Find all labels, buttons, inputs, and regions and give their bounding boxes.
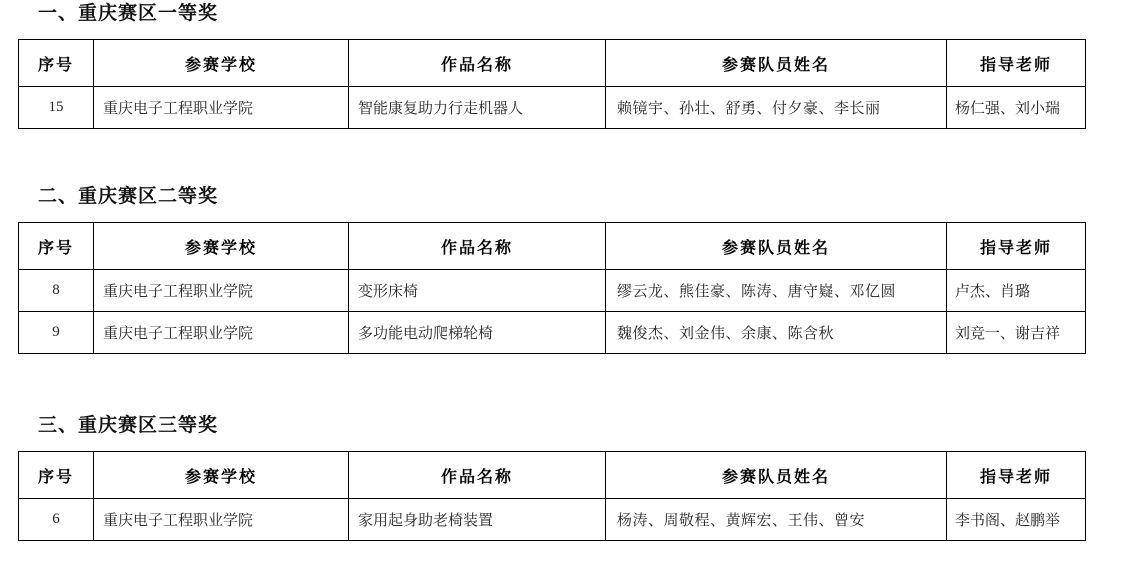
cell-teachers: 李书阁、赵鹏举 [947, 499, 1086, 541]
cell-school: 重庆电子工程职业学院 [94, 270, 349, 312]
cell-work: 智能康复助力行走机器人 [349, 87, 606, 129]
col-header-work: 作品名称 [349, 223, 606, 270]
section-title-third-prize: 三、重庆赛区三等奖 [38, 414, 1124, 438]
cell-school: 重庆电子工程职业学院 [94, 312, 349, 354]
col-header-members: 参赛队员姓名 [606, 223, 947, 270]
cell-work: 多功能电动爬梯轮椅 [349, 312, 606, 354]
col-header-members: 参赛队员姓名 [606, 40, 947, 87]
col-header-no: 序号 [19, 223, 94, 270]
cell-no: 8 [19, 270, 94, 312]
cell-no: 15 [19, 87, 94, 129]
cell-teachers: 卢杰、肖璐 [947, 270, 1086, 312]
awards-table-first-prize: 序号 参赛学校 作品名称 参赛队员姓名 指导老师 15 重庆电子工程职业学院 智… [18, 39, 1086, 129]
awards-table-third-prize: 序号 参赛学校 作品名称 参赛队员姓名 指导老师 6 重庆电子工程职业学院 家用… [18, 451, 1086, 541]
table-header-row: 序号 参赛学校 作品名称 参赛队员姓名 指导老师 [19, 40, 1086, 87]
table-header-row: 序号 参赛学校 作品名称 参赛队员姓名 指导老师 [19, 223, 1086, 270]
section-title-second-prize: 二、重庆赛区二等奖 [38, 185, 1124, 209]
cell-no: 6 [19, 499, 94, 541]
col-header-no: 序号 [19, 452, 94, 499]
col-header-work: 作品名称 [349, 40, 606, 87]
cell-members: 赖镜宇、孙壮、舒勇、付夕豪、李长丽 [606, 87, 947, 129]
col-header-teachers: 指导老师 [947, 452, 1086, 499]
cell-no: 9 [19, 312, 94, 354]
table-row: 6 重庆电子工程职业学院 家用起身助老椅装置 杨涛、周敬程、黄辉宏、王伟、曾安 … [19, 499, 1086, 541]
awards-table-second-prize: 序号 参赛学校 作品名称 参赛队员姓名 指导老师 8 重庆电子工程职业学院 变形… [18, 222, 1086, 354]
col-header-work: 作品名称 [349, 452, 606, 499]
table-row: 15 重庆电子工程职业学院 智能康复助力行走机器人 赖镜宇、孙壮、舒勇、付夕豪、… [19, 87, 1086, 129]
cell-members: 魏俊杰、刘金伟、余康、陈含秋 [606, 312, 947, 354]
cell-members: 杨涛、周敬程、黄辉宏、王伟、曾安 [606, 499, 947, 541]
table-row: 9 重庆电子工程职业学院 多功能电动爬梯轮椅 魏俊杰、刘金伟、余康、陈含秋 刘竞… [19, 312, 1086, 354]
col-header-school: 参赛学校 [94, 223, 349, 270]
cell-teachers: 刘竞一、谢吉祥 [947, 312, 1086, 354]
cell-teachers: 杨仁强、刘小瑞 [947, 87, 1086, 129]
table-row: 8 重庆电子工程职业学院 变形床椅 缪云龙、熊佳豪、陈涛、唐守嶷、邓亿圆 卢杰、… [19, 270, 1086, 312]
table-header-row: 序号 参赛学校 作品名称 参赛队员姓名 指导老师 [19, 452, 1086, 499]
cell-members: 缪云龙、熊佳豪、陈涛、唐守嶷、邓亿圆 [606, 270, 947, 312]
col-header-teachers: 指导老师 [947, 223, 1086, 270]
col-header-school: 参赛学校 [94, 40, 349, 87]
cell-work: 变形床椅 [349, 270, 606, 312]
document-page: 一、重庆赛区一等奖 序号 参赛学校 作品名称 参赛队员姓名 指导老师 15 重庆… [0, 0, 1124, 563]
cell-work: 家用起身助老椅装置 [349, 499, 606, 541]
col-header-teachers: 指导老师 [947, 40, 1086, 87]
col-header-no: 序号 [19, 40, 94, 87]
cell-school: 重庆电子工程职业学院 [94, 499, 349, 541]
section-title-first-prize: 一、重庆赛区一等奖 [38, 2, 1124, 26]
col-header-members: 参赛队员姓名 [606, 452, 947, 499]
cell-school: 重庆电子工程职业学院 [94, 87, 349, 129]
col-header-school: 参赛学校 [94, 452, 349, 499]
